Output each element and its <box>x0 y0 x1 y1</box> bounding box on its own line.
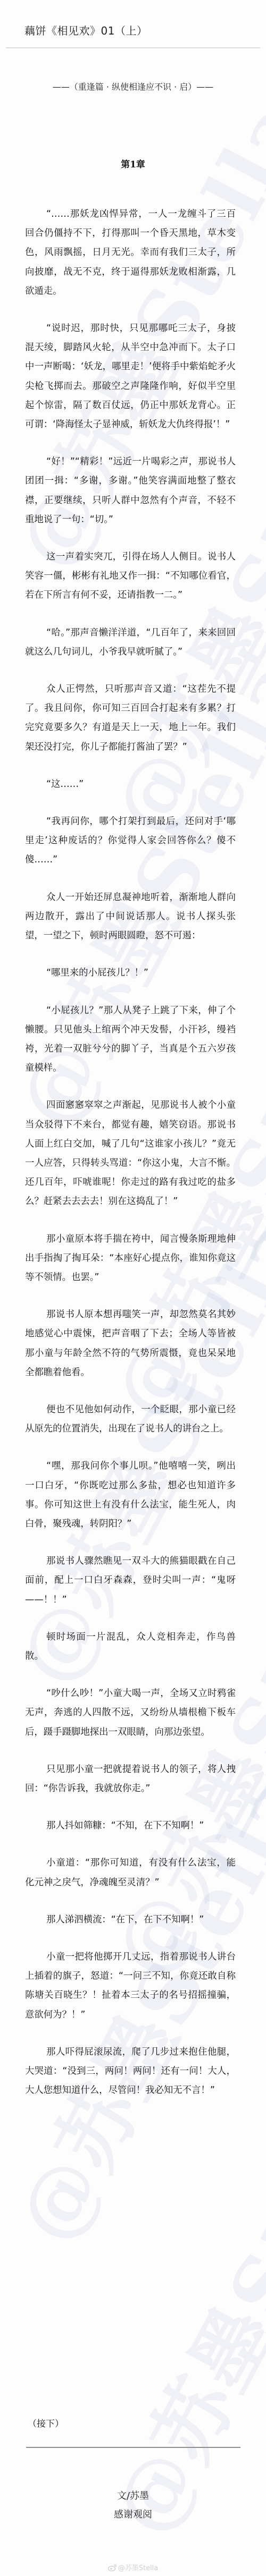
paragraph: 那小童原本将手揣在袴中，闻言慢条斯理地伸出手指掏了掏耳朵：“本座好心提点你，谁知… <box>25 1230 236 1287</box>
paragraph: “哈。”那声音懒洋洋道，“几百年了，来来回回就这么几句词儿，小爷我早就听腻了。” <box>25 623 236 662</box>
paragraph: 这一声着实突兀，引得在场人人侧目。说书人笑容一僵，彬彬有礼地又作一揖：“不知哪位… <box>25 547 236 605</box>
paragraph: “这……” <box>25 775 236 794</box>
top-divider <box>6 47 260 48</box>
paragraph: 小童道：“那你可知道，有没有什么法宝，能化元神之戾气，净魂魄至灵清？” <box>25 1853 236 1892</box>
document-title: 藕饼《相见欢》01（上） <box>24 22 147 38</box>
section-subtitle: ——（重逢篇 · 纵使相逢应不识 · 启）—— <box>0 80 266 92</box>
paragraph: 那说书人骤然瞧见一双斗大的熊猫眼戳在自己面前，配上一口白牙森森，登时尖叫一声：“… <box>25 1552 236 1609</box>
bottom-divider <box>26 2447 240 2448</box>
paragraph: “吵什么吵！”小童大喝一声，全场又立时鸦雀无声，奔逃的人四散不远，又纷纷从墙根檐… <box>25 1684 236 1742</box>
paragraph: “哪里来的小屁孩儿？！” <box>25 963 236 982</box>
paragraph: 小童一把将他掷开几丈远，指着那说书人讲台上插着的旗子，怒道：“一问三不知，你竟还… <box>25 1947 236 2024</box>
paragraph: 众人正愕然，只听那声音又道：“这茬先不提了。我且问你，你可知三百回合打起来有多累… <box>25 680 236 757</box>
paragraph: 那人涕泗横流：“在下，在下不知啊！” <box>25 1910 236 1929</box>
paragraph: 四面窸窸窣窣之声渐起，见那说书人被个小童当众驳得下不来台，都觉有趣，嬉笑窃语。那… <box>25 1096 236 1211</box>
paragraph: 那人抖如筛糠：“不知，在下不知啊！” <box>25 1816 236 1835</box>
paragraph: 顿时场面一片混乱，众人竞相奔走，作鸟兽散。 <box>25 1628 236 1666</box>
paragraph: 便也不见他如何动作，一个眨眼，那小童已经从原先的位置消失，出现在了说书人的讲台之… <box>25 1400 236 1438</box>
story-body: “……那妖龙凶悍异常，一人一龙缠斗了三百回合仍僵持不下，打得那叫一个昏天黑地，草… <box>25 205 236 2118</box>
thanks-note: 感谢观阅 <box>0 2505 266 2524</box>
paragraph: “……那妖龙凶悍异常，一人一龙缠斗了三百回合仍僵持不下，打得那叫一个昏天黑地，草… <box>25 205 236 301</box>
weibo-watermark: @苏墨Stella <box>0 2562 266 2572</box>
chapter-heading: 第1章 <box>0 157 266 170</box>
weibo-handle: @苏墨Stella <box>118 2564 159 2572</box>
paragraph: 那说书人原本想再嗤笑一声，却忽然莫名其妙地感觉心中震悚，把声音咽了下去；全场人等… <box>25 1305 236 1382</box>
paragraph: “说时迟，那时快，只见那哪吒三太子，身披混天绫，脚踏风火轮，从半空中急冲而下。太… <box>25 319 236 434</box>
weibo-icon <box>108 2564 117 2571</box>
author-credit: 文/苏墨 <box>0 2487 266 2505</box>
diagonal-watermark: @苏墨Stella <box>80 2042 266 2551</box>
paragraph: “小屁孩儿？”那人从凳子上跳了下来，伸了个懒腰。只见他头上绾两个冲天发髻，小汗衫… <box>25 1001 236 1078</box>
credit-block: 文/苏墨 感谢观阅 <box>0 2487 266 2524</box>
paragraph: “我再问你，哪个打架打到最后，还问对手‘哪里走’这种废话的？你觉得人家会回答你么… <box>25 812 236 870</box>
to-be-continued-mark: （接下） <box>28 2416 64 2429</box>
paragraph: “嘿，那我问你个事儿呗。”他嘻嘻一笑，咧出一口白牙，“你既吃过那么多盐，想必也知… <box>25 1456 236 1533</box>
paragraph: 只见那小童一把就提着说书人的领子，将人拽回：“你告诉我，我就放你走。” <box>25 1760 236 1798</box>
paragraph: 众人一开始还屏息凝神地听着，渐渐地人群向两边散开，露出了中间说话那人。说书人探头… <box>25 888 236 946</box>
paragraph: “好！”“精彩！”远近一片喝彩之声，那说书人团团一揖：“多谢，多谢。”他笑容满面… <box>25 452 236 529</box>
paragraph: 那人吓得屁滚尿流，爬了几步过来抱住他腿，大哭道：“没到三，两问！两问！还有一问！… <box>25 2043 236 2100</box>
